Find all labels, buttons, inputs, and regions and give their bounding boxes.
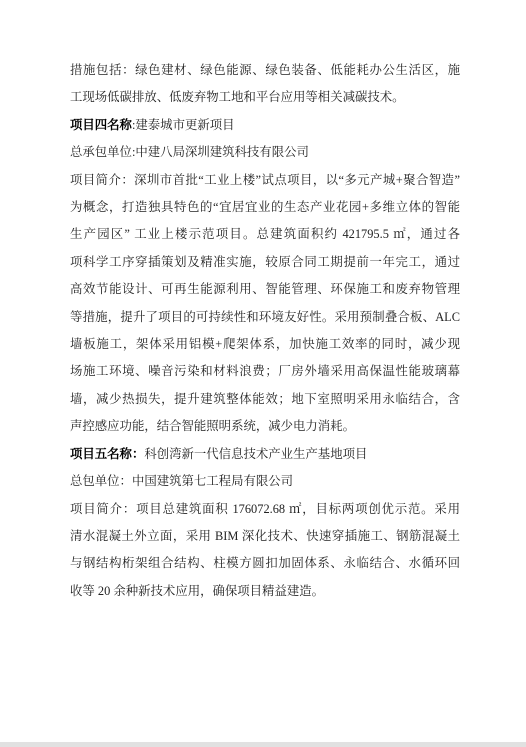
text-line-project4-title: 项目四名称:建泰城市更新项目 <box>70 112 460 139</box>
text-line: 措施包括：绿色建材、绿色能源、绿色装备、低能耗办公生活区，施 <box>70 57 460 84</box>
text-run: 总承包单位:中建八局深圳建筑科技有限公司 <box>70 145 309 159</box>
text-line: 声控感应功能，结合智能照明系统，减少电力消耗。 <box>70 413 460 440</box>
page-bottom-edge <box>0 742 526 747</box>
text-line: 墙板施工，架体采用铝模+爬架体系，加快施工效率的同时，减少现 <box>70 331 460 358</box>
text-run: 收等 20 余种新技术应用，确保项目精益建造。 <box>70 584 324 598</box>
text-run: 项目简介：深圳市首批“工业上楼”试点项目，以“多元产城+聚合智造” <box>70 173 460 187</box>
text-run: 墙，减少热损失，提升建筑整体能效；地下室照明采用永临结合，含 <box>70 392 460 406</box>
text-run: 声控感应功能，结合智能照明系统，减少电力消耗。 <box>70 419 355 433</box>
project-label: 项目五名称： <box>70 447 144 461</box>
text-run: 高效节能设计、可再生能源利用、智能管理、环保施工和废弃物管理 <box>70 282 460 296</box>
text-run: 墙板施工，架体采用铝模+爬架体系，加快施工效率的同时，减少现 <box>70 337 460 351</box>
document-page: 措施包括：绿色建材、绿色能源、绿色装备、低能耗办公生活区，施 工现场低碳排放、低… <box>0 0 526 747</box>
text-line: 清水混凝土外立面，采用 BIM 深化技术、快速穿插施工、钢筋混凝土 <box>70 523 460 550</box>
text-run: 与钢结构桁架组合结构、柱模方圆扣加固体系、永临结合、水循环回 <box>70 556 460 570</box>
text-line: 墙，减少热损失，提升建筑整体能效；地下室照明采用永临结合，含 <box>70 386 460 413</box>
text-run: 工现场低碳排放、低废弃物工地和平台应用等相关减碳技术。 <box>70 90 405 104</box>
text-run: 为概念，打造独具特色的“宜居宜业的生态产业花园+多维立体的智能 <box>70 200 460 214</box>
text-line: 项目简介：项目总建筑面积 176072.68 ㎡，目标两项创优示范。采用 <box>70 496 460 523</box>
text-line: 为概念，打造独具特色的“宜居宜业的生态产业花园+多维立体的智能 <box>70 194 460 221</box>
text-run: 场施工环境、噪音污染和材料浪费；厂房外墙采用高保温性能玻璃幕 <box>70 364 460 378</box>
text-run: 总包单位：中国建筑第七工程局有限公司 <box>70 474 293 488</box>
text-line: 与钢结构桁架组合结构、柱模方圆扣加固体系、永临结合、水循环回 <box>70 550 460 577</box>
document-body: 措施包括：绿色建材、绿色能源、绿色装备、低能耗办公生活区，施 工现场低碳排放、低… <box>70 57 460 605</box>
text-line: 高效节能设计、可再生能源利用、智能管理、环保施工和废弃物管理 <box>70 276 460 303</box>
text-line: 场施工环境、噪音污染和材料浪费；厂房外墙采用高保温性能玻璃幕 <box>70 358 460 385</box>
text-line-contractor: 总包单位：中国建筑第七工程局有限公司 <box>70 468 460 495</box>
text-run: 清水混凝土外立面，采用 BIM 深化技术、快速穿插施工、钢筋混凝土 <box>70 529 460 543</box>
text-run: 等措施，提升了项目的可持续性和环境友好性。采用预制叠合板、ALC <box>70 310 460 324</box>
text-line: 生产园区” 工业上楼示范项目。总建筑面积约 421795.5 ㎡，通过各 <box>70 221 460 248</box>
text-line: 项科学工序穿插策划及精准实施，较原合同工期提前一年完工，通过 <box>70 249 460 276</box>
text-run: 项目简介：项目总建筑面积 176072.68 ㎡，目标两项创优示范。采用 <box>70 502 460 516</box>
text-line: 收等 20 余种新技术应用，确保项目精益建造。 <box>70 578 460 605</box>
text-run: 项科学工序穿插策划及精准实施，较原合同工期提前一年完工，通过 <box>70 255 460 269</box>
text-run: 措施包括：绿色建材、绿色能源、绿色装备、低能耗办公生活区，施 <box>70 63 460 77</box>
text-line: 等措施，提升了项目的可持续性和环境友好性。采用预制叠合板、ALC <box>70 304 460 331</box>
text-run: 科创湾新一代信息技术产业生产基地项目 <box>144 447 367 461</box>
text-run: 生产园区” 工业上楼示范项目。总建筑面积约 421795.5 ㎡，通过各 <box>70 227 460 241</box>
text-line: 工现场低碳排放、低废弃物工地和平台应用等相关减碳技术。 <box>70 84 460 111</box>
text-line: 项目简介：深圳市首批“工业上楼”试点项目，以“多元产城+聚合智造” <box>70 167 460 194</box>
project-label: 项目四名称 <box>70 118 132 132</box>
text-line-project5-title: 项目五名称：科创湾新一代信息技术产业生产基地项目 <box>70 441 460 468</box>
text-run: :建泰城市更新项目 <box>132 118 235 132</box>
text-line-contractor: 总承包单位:中建八局深圳建筑科技有限公司 <box>70 139 460 166</box>
